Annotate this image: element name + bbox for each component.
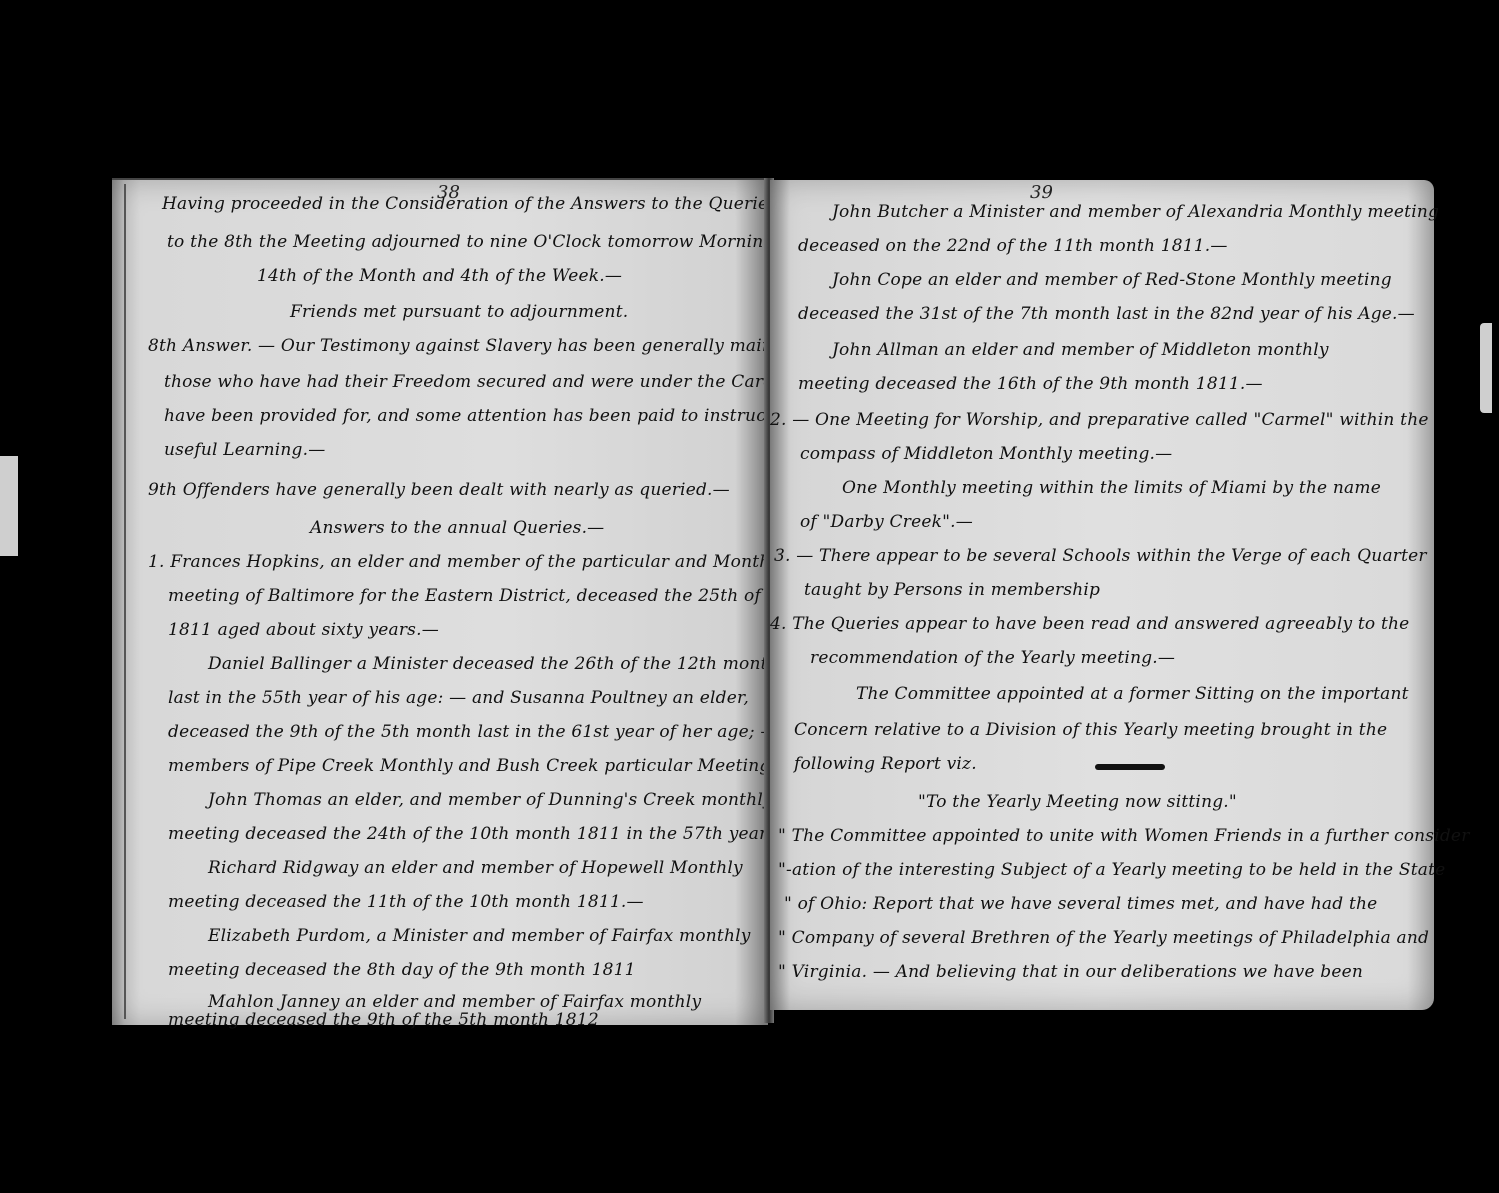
page-number-right: 39 xyxy=(1030,182,1053,203)
text-line: Daniel Ballinger a Minister deceased the… xyxy=(208,654,779,674)
text-line: John Allman an elder and member of Middl… xyxy=(832,340,1329,360)
text-line: recommendation of the Yearly meeting.— xyxy=(810,648,1175,668)
text-line: 9th Offenders have generally been dealt … xyxy=(148,480,730,500)
text-line: One Monthly meeting within the limits of… xyxy=(842,478,1381,498)
right-page: 39 John Butcher a Minister and member of… xyxy=(770,180,1434,1010)
text-line: Having proceeded in the Consideration of… xyxy=(162,194,858,214)
text-line: " Virginia. — And believing that in our … xyxy=(778,962,1363,982)
text-line: " The Committee appointed to unite with … xyxy=(778,826,1470,846)
left-page: 38 Having proceeded in the Consideration… xyxy=(112,178,768,1025)
text-line: meeting deceased the 8th day of the 9th … xyxy=(168,960,636,980)
section-heading: Answers to the annual Queries.— xyxy=(310,518,604,538)
text-line: taught by Persons in membership xyxy=(804,580,1100,600)
text-line: of "Darby Creek".— xyxy=(800,512,973,532)
ink-blot xyxy=(1095,764,1165,770)
text-line: Concern relative to a Division of this Y… xyxy=(794,720,1387,740)
text-line: deceased the 9th of the 5th month last i… xyxy=(168,722,823,742)
text-line: 1. Frances Hopkins, an elder and member … xyxy=(148,552,786,572)
text-line: meeting deceased the 9th of the 5th mont… xyxy=(168,1010,599,1030)
text-line: John Butcher a Minister and member of Al… xyxy=(832,202,1439,222)
text-line: meeting deceased the 11th of the 10th mo… xyxy=(168,892,644,912)
text-line: 8th Answer. — Our Testimony against Slav… xyxy=(148,336,849,356)
text-line: to the 8th the Meeting adjourned to nine… xyxy=(167,232,797,252)
paper-scrap-right xyxy=(1480,323,1492,413)
text-line: Elizabeth Purdom, a Minister and member … xyxy=(208,926,751,946)
text-line: Friends met pursuant to adjournment. xyxy=(290,302,628,322)
text-line: The Committee appointed at a former Sitt… xyxy=(856,684,1409,704)
text-line: Mahlon Janney an elder and member of Fai… xyxy=(208,992,701,1012)
text-line: last in the 55th year of his age: — and … xyxy=(168,688,749,708)
text-line: 2. — One Meeting for Worship, and prepar… xyxy=(770,410,1429,430)
text-line: Richard Ridgway an elder and member of H… xyxy=(208,858,743,878)
text-line: 14th of the Month and 4th of the Week.— xyxy=(257,266,622,286)
text-line: 3. — There appear to be several Schools … xyxy=(774,546,1427,566)
text-line: deceased the 31st of the 7th month last … xyxy=(798,304,1415,324)
section-heading: "To the Yearly Meeting now sitting." xyxy=(918,792,1237,812)
open-book: 38 Having proceeded in the Consideration… xyxy=(112,178,1434,1023)
text-line: 1811 aged about sixty years.— xyxy=(168,620,439,640)
text-line: compass of Middleton Monthly meeting.— xyxy=(800,444,1172,464)
text-line: useful Learning.— xyxy=(164,440,325,460)
text-line: meeting deceased the 16th of the 9th mon… xyxy=(798,374,1263,394)
text-line: 4. The Queries appear to have been read … xyxy=(770,614,1409,634)
text-line: " Company of several Brethren of the Yea… xyxy=(778,928,1429,948)
text-line: " of Ohio: Report that we have several t… xyxy=(784,894,1377,914)
text-line: members of Pipe Creek Monthly and Bush C… xyxy=(168,756,776,776)
paper-scrap-left xyxy=(0,456,18,556)
text-line: following Report viz. xyxy=(794,754,977,774)
text-line: have been provided for, and some attenti… xyxy=(164,406,846,426)
text-line: deceased on the 22nd of the 11th month 1… xyxy=(798,236,1228,256)
text-line: "-ation of the interesting Subject of a … xyxy=(778,860,1445,880)
text-line: John Cope an elder and member of Red-Sto… xyxy=(832,270,1392,290)
text-line: John Thomas an elder, and member of Dunn… xyxy=(208,790,773,810)
